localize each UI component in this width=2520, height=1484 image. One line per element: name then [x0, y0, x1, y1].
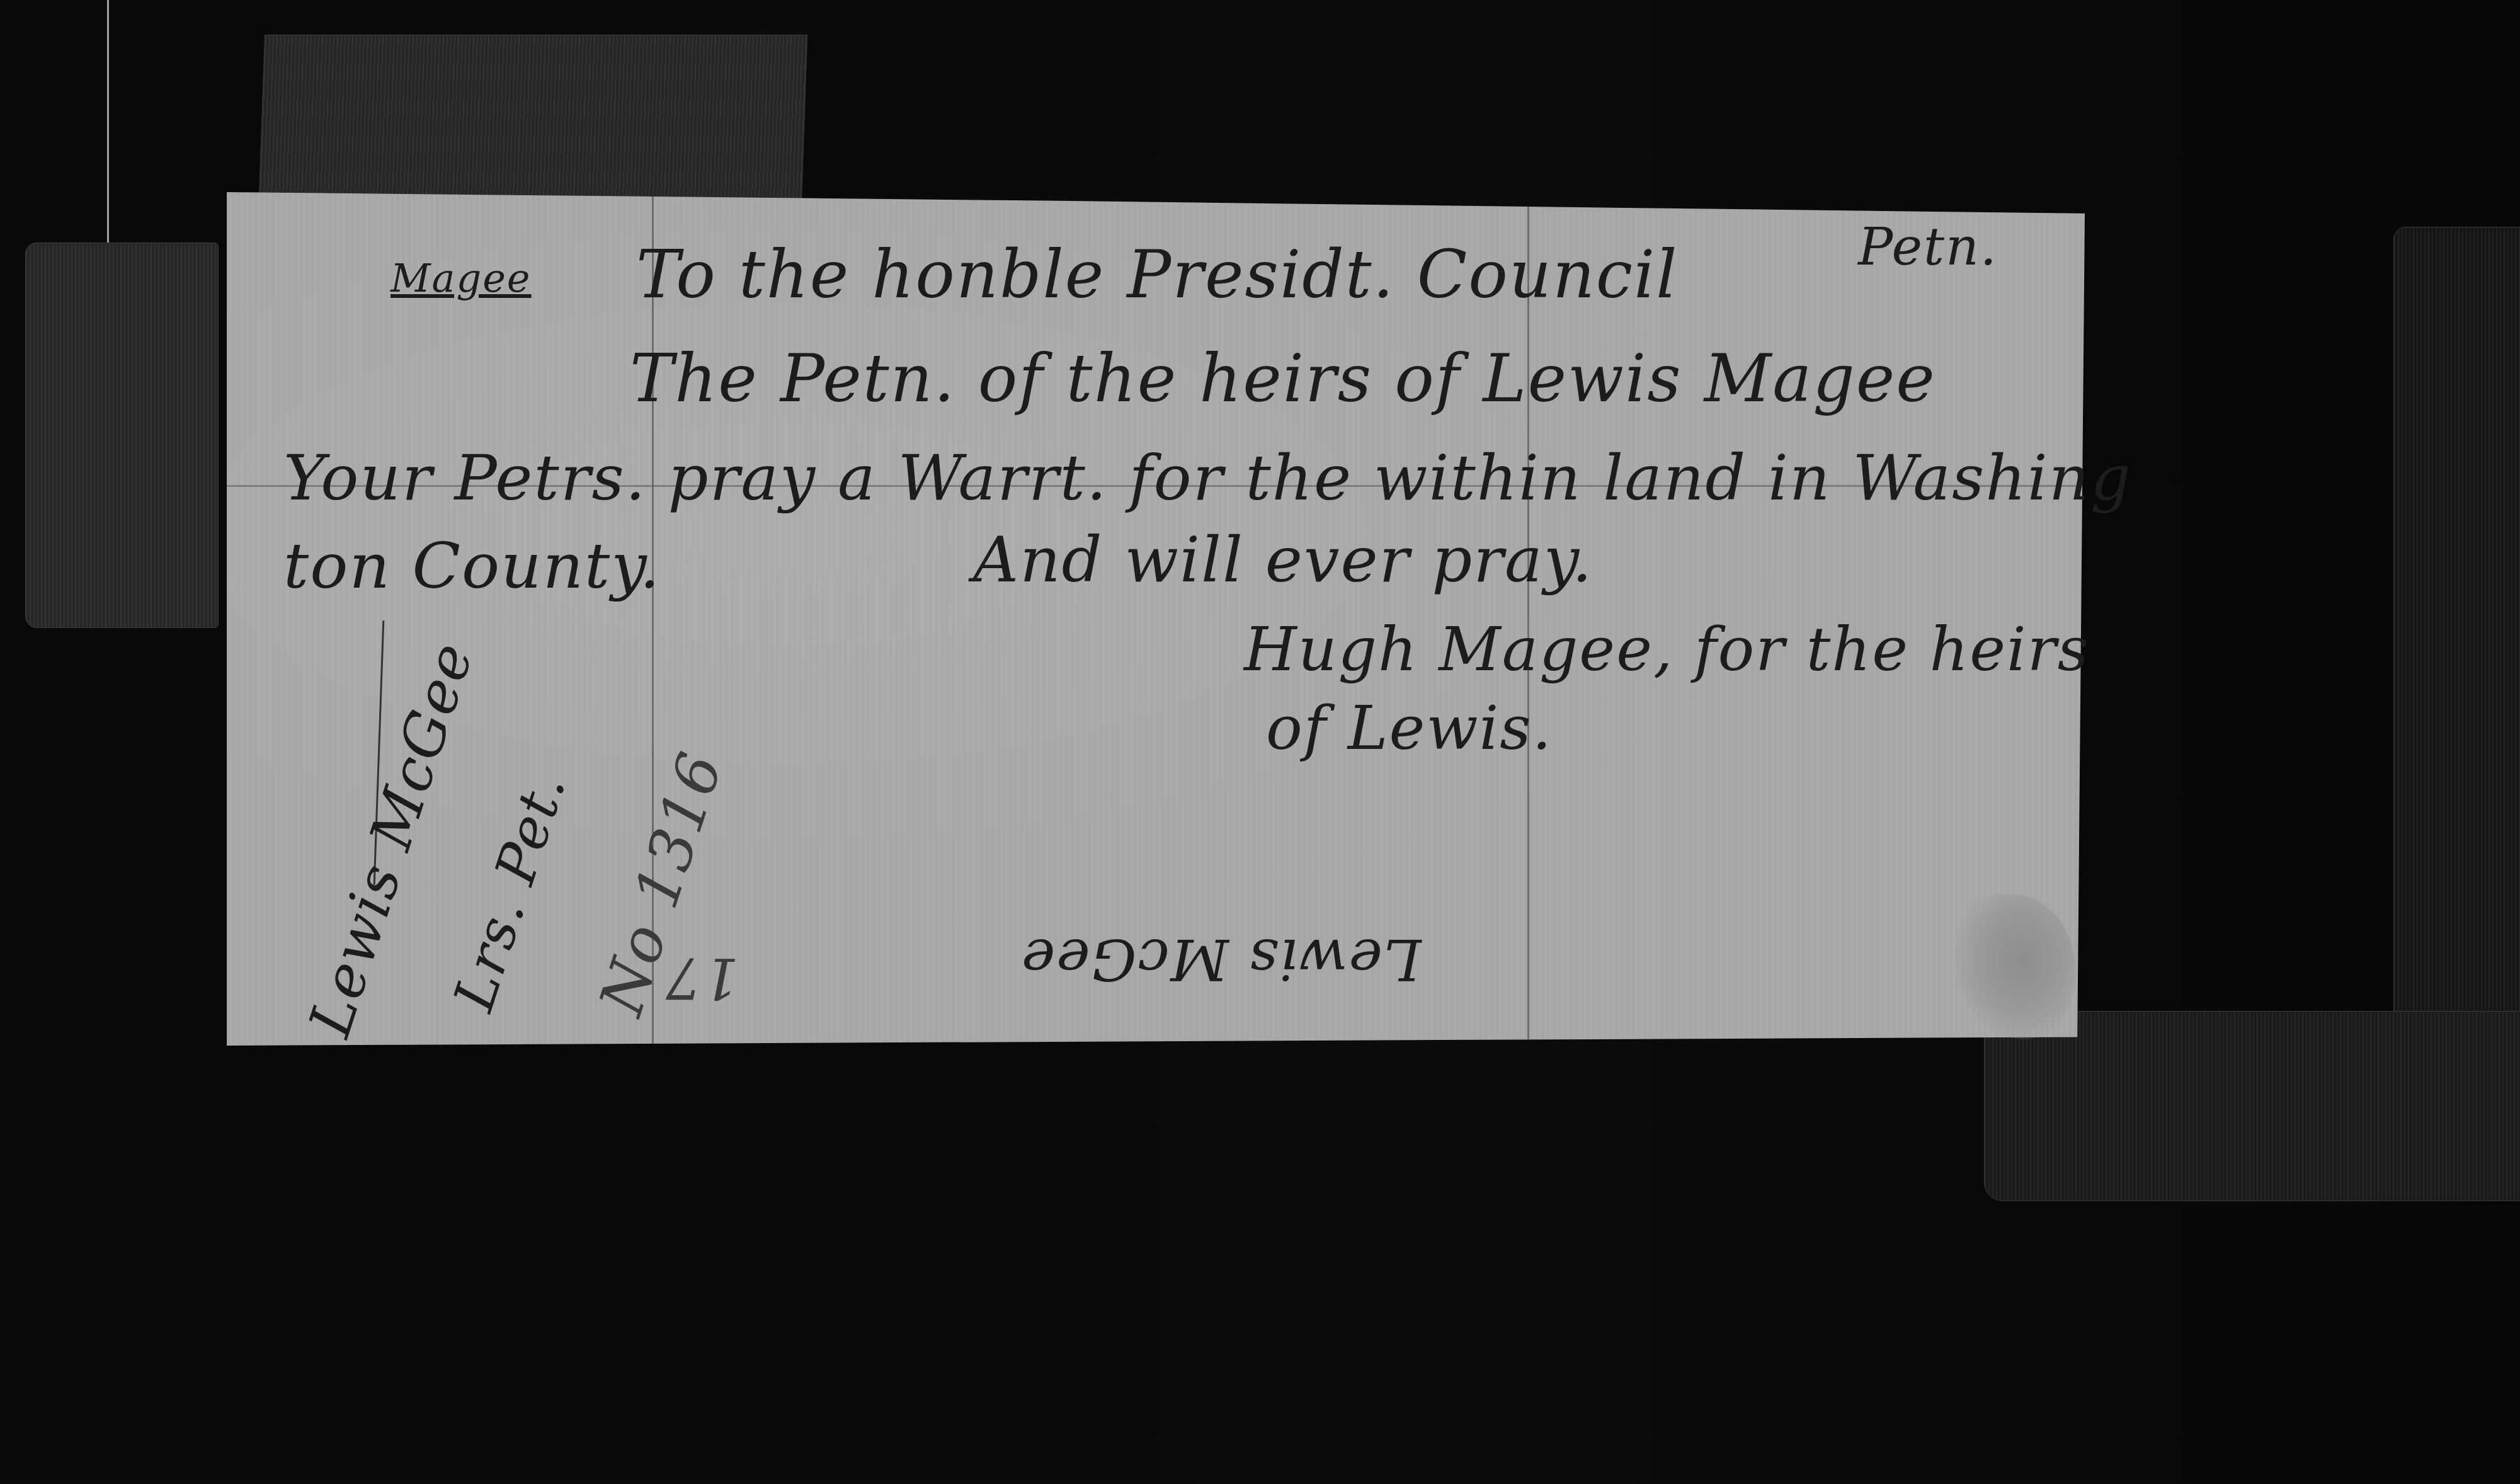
petition-closing: And will ever pray.	[973, 523, 1594, 596]
inverted-endorsement-number: 17	[664, 945, 739, 1011]
mounting-tape-left	[25, 243, 219, 628]
petition-line-2: Your Petrs. pray a Warrt. for the within…	[283, 441, 2132, 515]
petition-line-3: ton County.	[283, 529, 661, 603]
inverted-endorsement-name: Lewis McGee	[1020, 926, 1422, 992]
mounting-tape-top	[258, 35, 807, 219]
mounting-tape-right	[2393, 227, 2520, 1135]
address-line: To the honble Presidt. Council	[636, 236, 1679, 313]
mounting-tape-bottom-right	[1984, 1011, 2520, 1201]
margin-note: Petn.	[1858, 217, 1998, 277]
signature-line-1: Hugh Magee, for the heirs	[1244, 614, 2090, 685]
signature-line-2: of Lewis.	[1266, 693, 1553, 763]
file-heading: Magee	[391, 255, 532, 301]
petition-line-1: The Petn. of the heirs of Lewis Magee	[630, 340, 1936, 417]
